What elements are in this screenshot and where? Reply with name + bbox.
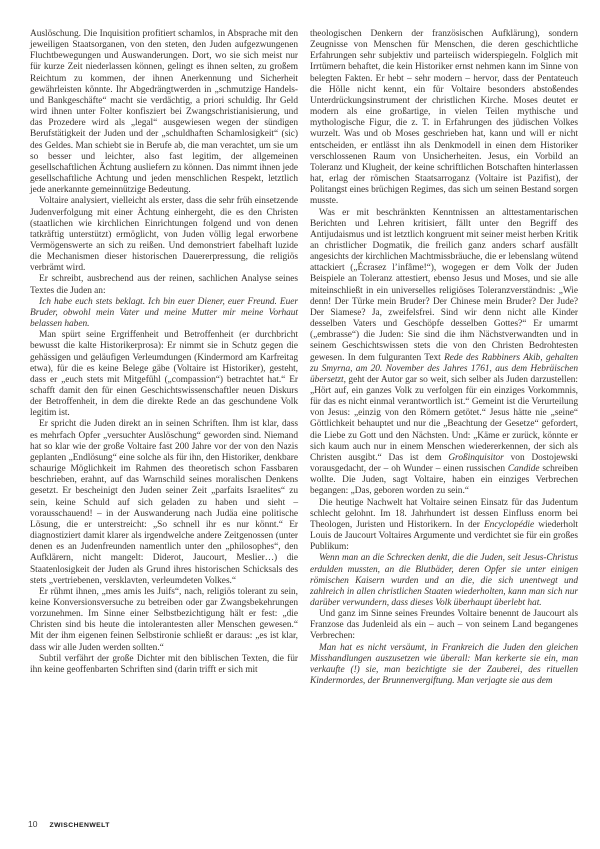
paragraph: Und ganz im Sinne seines Freundes Voltai…: [310, 609, 578, 642]
text-run: Man spürt seine Ergriffenheit und Betrof…: [30, 330, 298, 418]
column-right: theologischen Denkern der französischen …: [310, 29, 578, 687]
text-run: Voltaire analysiert, vielleicht als erst…: [30, 196, 298, 273]
paragraph: theologischen Denkern der französischen …: [310, 29, 578, 208]
paragraph: Er spricht die Juden direkt an in seinen…: [30, 419, 298, 586]
paragraph: Wenn man an die Schrecken denkt, die die…: [310, 553, 578, 609]
paragraph: Voltaire analysiert, vielleicht als erst…: [30, 196, 298, 274]
paragraph: Auslöschung. Die Inquisition profitiert …: [30, 29, 298, 196]
text-run: theologischen Denkern der französischen …: [310, 29, 578, 206]
paragraph: Die heutige Nachwelt hat Voltaire seinen…: [310, 498, 578, 554]
text-run: Er schreibt, ausbrechend aus der reinen,…: [30, 274, 298, 295]
text-run: , geht der Autor gar so weit, sich selbe…: [310, 375, 578, 463]
italic-text-run: Candide: [508, 464, 540, 474]
italic-text-run: Wenn man an die Schrecken denkt, die die…: [310, 553, 578, 608]
page-number: 10: [28, 819, 37, 829]
text-run: Er rühmt ihnen, „mes amis les Juifs“, na…: [30, 587, 298, 653]
italic-text-run: Ich habe euch stets beklagt. Ich bin eue…: [30, 297, 298, 329]
paragraph: Subtil verfährt der große Dichter mit de…: [30, 654, 298, 676]
paragraph: Er rühmt ihnen, „mes amis les Juifs“, na…: [30, 587, 298, 654]
paragraph: Ich habe euch stets beklagt. Ich bin eue…: [30, 297, 298, 330]
page-footer: 10 ZWISCHENWELT: [28, 819, 110, 829]
article-body: Auslöschung. Die Inquisition profitiert …: [0, 0, 600, 687]
paragraph: Was er mit beschränkten Kenntnissen an a…: [310, 208, 578, 498]
paragraph: Man hat es nicht versäumt, in Frankreich…: [310, 643, 578, 688]
journal-name: ZWISCHENWELT: [49, 822, 109, 829]
italic-text-run: Großinquisitor: [448, 453, 504, 463]
text-run: Auslöschung. Die Inquisition profitiert …: [30, 29, 298, 195]
paragraph: Man spürt seine Ergriffenheit und Betrof…: [30, 330, 298, 419]
paragraph: Er schreibt, ausbrechend aus der reinen,…: [30, 274, 298, 296]
text-run: Subtil verfährt der große Dichter mit de…: [30, 654, 298, 675]
text-run: Und ganz im Sinne seines Freundes Voltai…: [310, 609, 578, 641]
column-left: Auslöschung. Die Inquisition profitiert …: [30, 29, 298, 687]
text-run: Er spricht die Juden direkt an in seinen…: [30, 419, 298, 585]
text-run: Was er mit beschränkten Kenntnissen an a…: [310, 208, 578, 363]
italic-text-run: Encyclopédie: [484, 520, 534, 530]
italic-text-run: Man hat es nicht versäumt, in Frankreich…: [310, 643, 578, 686]
